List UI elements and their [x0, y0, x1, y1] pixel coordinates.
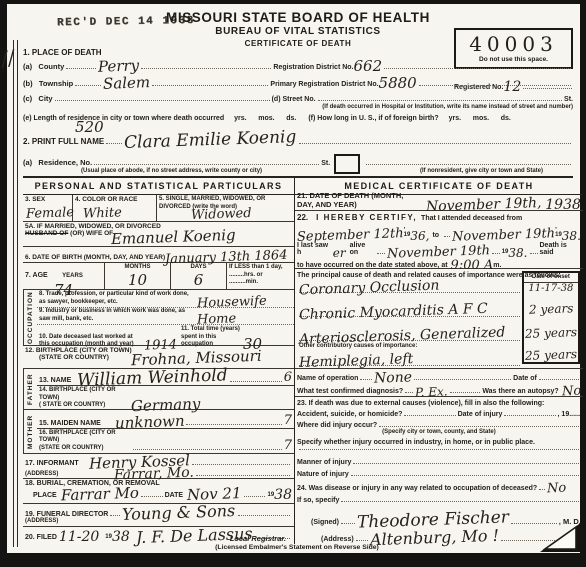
abode-note: (Usual place of abode, if no street addr…	[81, 168, 262, 176]
age-years-label: YEARS	[62, 273, 83, 279]
mother-maiden-row: 15. MAIDEN NAME unknown 7	[37, 410, 294, 429]
attended-from-year: 36,	[410, 230, 429, 242]
attended-to-word: to	[432, 232, 439, 239]
city-label: (c) City	[23, 94, 53, 103]
particulars-columns: PERSONAL AND STATISTICAL PARTICULARS 3. …	[23, 176, 573, 544]
birthdate-label: 6. DATE OF BIRTH (MONTH, DAY, AND YEAR)	[25, 254, 165, 261]
occupation-side-label: OCCUPATION	[23, 290, 37, 345]
date-of-onset-box: Date of onset 11-17-38 2 years 25 years …	[522, 271, 580, 364]
father-side-label: FATHER	[23, 369, 37, 409]
injury-year-label: , 19......	[558, 411, 581, 418]
where-injury-label: Where did injury occur?	[297, 422, 377, 429]
township-value: Salem	[103, 75, 151, 92]
maiden-code-mark: 7	[284, 414, 292, 427]
nature-of-injury-row: Nature of injury	[295, 467, 583, 479]
last-saw-er: er	[333, 247, 346, 259]
operation-row: Name of operation None Date of	[295, 369, 583, 383]
manner-of-injury-row: Manner of injury	[295, 455, 583, 467]
attended-to-date: November 19th	[452, 227, 555, 244]
occupation-relation-label: 24. Was disease or injury in any way rel…	[297, 485, 537, 492]
operation-label: Name of operation	[297, 375, 358, 382]
registrar-signature: J. F. De Lassus	[136, 526, 253, 546]
place-of-death-section: 1. PLACE OF DEATH (a) County Perry Regis…	[23, 48, 573, 175]
occupation-group: OCCUPATION 8. Trade, profession, or part…	[23, 290, 294, 346]
where-injury-note: (Specify city or town, county, and State…	[297, 429, 581, 437]
township-label: (b) Township	[23, 79, 73, 88]
registration-district-label: Registration District No.	[273, 64, 353, 71]
husband-of-label: HUSBAND OF	[25, 230, 68, 237]
nonresident-note: (If nonresident, give city or town and S…	[420, 168, 543, 176]
occupation-relation-block: 24. Was disease or injury in any way rel…	[295, 479, 583, 507]
last-worked-value: 1914	[144, 338, 178, 352]
nature-of-injury-label: Nature of injury	[297, 471, 349, 478]
attended-from-year-prefix: , 19	[404, 224, 411, 239]
accident-label: Accident, suicide, or homicide?	[297, 411, 402, 418]
trade-row: 8. Trade, profession, or particular kind…	[37, 290, 294, 308]
street-st-suffix: St.	[564, 96, 573, 103]
maiden-name-value: unknown	[115, 413, 185, 430]
residence-length-label: (e) Length of residence in city or town …	[23, 115, 224, 122]
cause-2-onset: 2 years	[528, 302, 573, 316]
county-label: (a) County	[23, 62, 64, 71]
birthdate-row: 6. DATE OF BIRTH (MONTH, DAY, AND YEAR) …	[23, 247, 294, 263]
funeral-director-row: 19. FUNERAL DIRECTOR Young & Sons (ADDRE…	[23, 504, 294, 527]
physician-address-value: Altenburg, Mo !	[369, 528, 498, 548]
burial-year-value: 38	[274, 488, 292, 502]
primary-district-label: Primary Registration District No.	[270, 81, 378, 88]
spouse-value: Emanuel Koenig	[111, 228, 236, 247]
less-than-day-note: If LESS than 1 day, .........hrs. or ...…	[229, 264, 292, 287]
registered-no-value: 12	[503, 80, 521, 94]
diagnosis-label: What test confirmed diagnosis?	[297, 388, 403, 395]
causes-block: Coronary Occlusion Chronic Myocarditis A…	[295, 269, 583, 369]
if-so-specify-label: If so, specify	[297, 497, 339, 504]
hospital-note: (If death occurred in Hospital or Instit…	[322, 104, 573, 112]
informant-address-label: (ADDRESS)	[25, 471, 58, 479]
full-name-label: 2. PRINT FULL NAME	[23, 137, 104, 146]
last-saw-year: 38.	[508, 247, 527, 259]
occurred-label: to have occurred on the date stated abov…	[297, 262, 448, 269]
street-no-label: (d) Street No.	[272, 96, 316, 103]
residence-st-suffix: St.	[321, 160, 330, 167]
mother-group: MOTHER 15. MAIDEN NAME unknown 7 16. BIR…	[23, 410, 294, 454]
fold-graphic	[532, 520, 582, 552]
attended-to-year-prefix: , 19	[555, 224, 562, 239]
informant-address-value: Farrar, Mo.	[114, 466, 194, 483]
foreign-birth-label: (f) How long in U. S., if of foreign bir…	[308, 115, 438, 122]
occupation-relation-value: No	[547, 482, 567, 496]
father-birthplace-value: Germany	[131, 396, 201, 413]
contributory-value: Hemiplegia, left	[299, 352, 414, 370]
certify-number: 22.	[297, 213, 308, 222]
trade-label: 8. Trade, profession, or particular kind…	[39, 291, 197, 306]
informant-label: 17. INFORMANT	[25, 460, 79, 467]
occurred-time: 9:00 A	[451, 259, 494, 272]
last-saw-year-prefix: 19	[502, 249, 509, 257]
burial-row: 18. BURIAL, CREMATION, OR REMOVAL PLACE …	[23, 479, 294, 504]
industry-row: 9. Industry or business in which work wa…	[37, 308, 294, 325]
full-name-value: Clara Emilie Koenig	[124, 128, 297, 151]
total-time-value: 30	[243, 337, 262, 352]
mother-birthplace-mark: 7	[284, 439, 292, 452]
marital-value: Widowed	[191, 207, 252, 222]
foreign-birth-units: yrs. mos. ds.	[449, 115, 511, 122]
mother-birthplace-label: 16. BIRTHPLACE (CITY OR TOWN)	[39, 430, 116, 444]
manner-of-injury-label: Manner of injury	[297, 459, 351, 466]
registration-district-value: 662	[354, 59, 383, 74]
age-days-value: 6	[194, 273, 204, 288]
funeral-director-value: Young & Sons	[122, 503, 236, 523]
physician-address-label: (Address)	[321, 536, 354, 543]
industry-label: 9. Industry or business in which work wa…	[39, 308, 197, 323]
industry-injury-note: Specify whether injury occurred in indus…	[297, 439, 581, 446]
last-saw-label-2: alive on	[350, 242, 375, 256]
form-certificate-type: CERTIFICATE OF DEATH	[165, 39, 431, 48]
contributory-onset: 25 years	[525, 348, 577, 362]
mother-birthplace-sub: (STATE OR COUNTRY)	[39, 445, 104, 451]
spouse-row: 5A. IF MARRIED, WIDOWED, OR DIVORCED HUS…	[23, 222, 294, 247]
race-label: 4. COLOR OR RACE	[75, 196, 154, 203]
primary-district-value: 5880	[379, 76, 417, 91]
age-months-value: 10	[128, 273, 147, 288]
operation-value: None	[374, 370, 412, 385]
father-group: FATHER 13. NAME William Weinhold 6 14. B…	[23, 369, 294, 410]
age-label: 7. AGE	[25, 272, 48, 279]
external-label: 23. If death was due to external causes …	[297, 400, 581, 407]
mother-side-label: MOTHER	[23, 410, 37, 453]
residence-length-units: yrs. mos. ds.	[234, 115, 296, 122]
certify-bold-label: I HEREBY CERTIFY,	[316, 213, 417, 222]
age-row: 7. AGE YEARS 74 MONTHS 10 DAYS 6 If LESS…	[23, 263, 294, 290]
industry-value: Home	[197, 312, 237, 326]
filed-label: 20. FILED	[25, 534, 57, 541]
sex-value: Female	[26, 206, 74, 221]
operation-date-label: Date of	[513, 375, 537, 382]
autopsy-value: No	[561, 385, 581, 399]
certify-rest-label: That I attended deceased from	[421, 215, 522, 222]
father-name-row: 13. NAME William Weinhold 6	[37, 369, 294, 386]
autopsy-label: Was there an autopsy?	[482, 388, 558, 395]
signed-label: (Signed)	[311, 519, 339, 526]
margin-tally-marks: //	[0, 47, 16, 69]
page-corner-fold	[532, 520, 582, 557]
date-of-death-label: 21. DATE OF DEATH (MONTH, DAY, AND YEAR)	[297, 191, 418, 209]
race-value: White	[83, 206, 122, 220]
name-annotation-number: 520	[75, 120, 104, 135]
burial-place-label: PLACE	[33, 492, 57, 499]
certificate-document: REC'D DEC 14 1938 // MISSOURI STATE BOAR…	[7, 4, 580, 553]
external-causes-block: 23. If death was due to external causes …	[295, 397, 583, 455]
mother-birthplace-row: 16. BIRTHPLACE (CITY OR TOWN) (STATE OR …	[37, 429, 294, 454]
certify-block: 22. I HEREBY CERTIFY, That I attended de…	[295, 211, 583, 269]
diagnosis-value: P. Ex.	[415, 385, 448, 398]
father-birthplace-sub: ( STATE OR COUNTRY)	[39, 402, 105, 408]
form-bureau: BUREAU OF VITAL STATISTICS	[165, 26, 431, 37]
filed-year-prefix: 19	[105, 534, 112, 542]
filed-year-value: 38	[112, 530, 130, 544]
death-certificate-scan: REC'D DEC 14 1938 // MISSOURI STATE BOAR…	[0, 0, 586, 567]
form-title-block: MISSOURI STATE BOARD OF HEALTH BUREAU OF…	[165, 10, 431, 48]
burial-place-value: Farrar Mo	[60, 486, 138, 504]
personal-column: PERSONAL AND STATISTICAL PARTICULARS 3. …	[23, 178, 295, 544]
medical-column: MEDICAL CERTIFICATE OF DEATH 21. DATE OF…	[295, 178, 583, 544]
filed-date-value: 11-20	[59, 530, 99, 544]
death-said-label: Death is said	[540, 242, 581, 256]
father-name-label: 13. NAME	[39, 377, 71, 384]
funeral-director-label: 19. FUNERAL DIRECTOR	[25, 511, 108, 518]
burial-year-prefix: 19	[267, 492, 274, 500]
date-of-death-year: 1938	[545, 198, 581, 212]
date-of-death-row: 21. DATE OF DEATH (MONTH, DAY, AND YEAR)…	[295, 195, 583, 211]
attended-from-date: September 12th	[297, 227, 404, 244]
diagnosis-row: What test confirmed diagnosis? P. Ex. Wa…	[295, 383, 583, 397]
trade-value: Housewife	[197, 295, 267, 310]
cause-3-onset: 25 years	[525, 326, 577, 340]
county-value: Perry	[98, 58, 140, 74]
cause-1-onset: 11-17-38	[528, 284, 573, 294]
father-code-mark: 6	[284, 371, 292, 384]
occurred-m-label: m.	[493, 262, 501, 269]
burial-date-label: DATE	[165, 492, 184, 499]
sex-label: 3. SEX	[25, 196, 70, 203]
attended-to-year: 38.	[562, 230, 581, 242]
sex-race-marital-row: 3. SEX Female 4. COLOR OR RACE White 5. …	[23, 195, 294, 222]
maiden-name-label: 15. MAIDEN NAME	[39, 420, 101, 427]
filed-row: 20. FILED 11-20 19 38 J. F. De Lassus Lo…	[23, 527, 294, 544]
contributory-row: Hemiplegia, left	[299, 351, 520, 367]
father-birthplace-row: 14. BIRTHPLACE (CITY OR TOWN) ( STATE OR…	[37, 386, 294, 411]
form-title: MISSOURI STATE BOARD OF HEALTH	[165, 10, 431, 25]
place-of-death-title: 1. PLACE OF DEATH	[23, 48, 573, 57]
residence-no-label: (a) Residence, No.	[23, 158, 92, 167]
wife-of-label: (OR) WIFE OF	[70, 230, 113, 237]
informant-row: 17. INFORMANT Henry Kossel (ADDRESS) Far…	[23, 454, 294, 479]
injury-date-label: Date of injury	[458, 411, 503, 418]
personal-column-header: PERSONAL AND STATISTICAL PARTICULARS	[23, 178, 294, 195]
date-of-death-value: November 19th,	[426, 196, 542, 214]
